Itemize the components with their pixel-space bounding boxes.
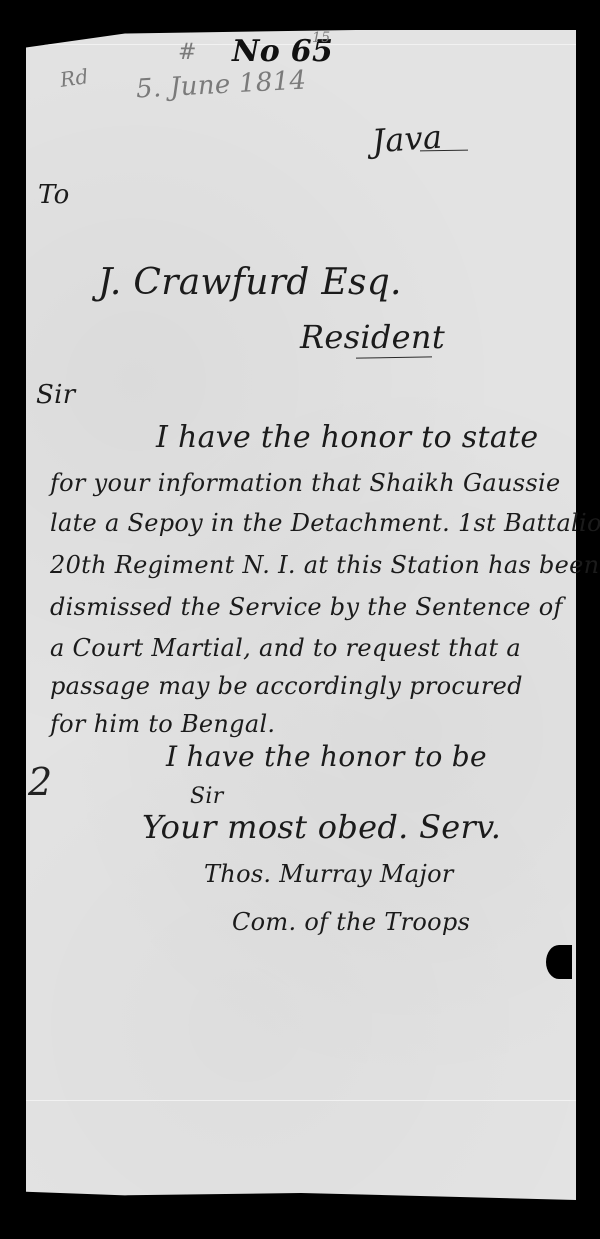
archive-note: # [178, 40, 197, 65]
body-line-7: passage may be accordingly procured [50, 672, 523, 700]
signature-name: Thos. Murray Major [204, 860, 454, 888]
closing-line-3: Your most obed. Serv. [142, 808, 501, 846]
greeting: Sir [36, 380, 75, 410]
body-line-5: dismissed the Service by the Sentence of [50, 593, 563, 621]
addressee-name: J. Crawfurd Esq. [98, 262, 402, 303]
margin-mark: 2 [28, 760, 52, 804]
body-line-3: late a Sepoy in the Detachment. 1st Batt… [50, 509, 600, 537]
body-line-1: I have the honor to state [156, 420, 538, 455]
body-line-6: a Court Martial, and to request that a [50, 634, 521, 662]
addressee-title: Resident [300, 318, 445, 356]
body-line-8: for him to Bengal. [50, 710, 275, 738]
faint-note-left: Rd [58, 64, 90, 92]
fold-line [26, 1100, 576, 1101]
salutation-to: To [38, 180, 70, 210]
body-line-4: 20th Regiment N. I. at this Station has … [50, 551, 599, 579]
reference-superscript: 15 [312, 30, 330, 46]
signature-role: Com. of the Troops [232, 908, 470, 936]
body-line-2: for your information that Shaikh Gaussie [50, 469, 561, 497]
closing-line-1: I have the honor to be [166, 740, 487, 773]
closing-line-2: Sir [190, 784, 224, 809]
page-edge-notch [546, 945, 572, 979]
letter-place: Java [371, 118, 444, 161]
